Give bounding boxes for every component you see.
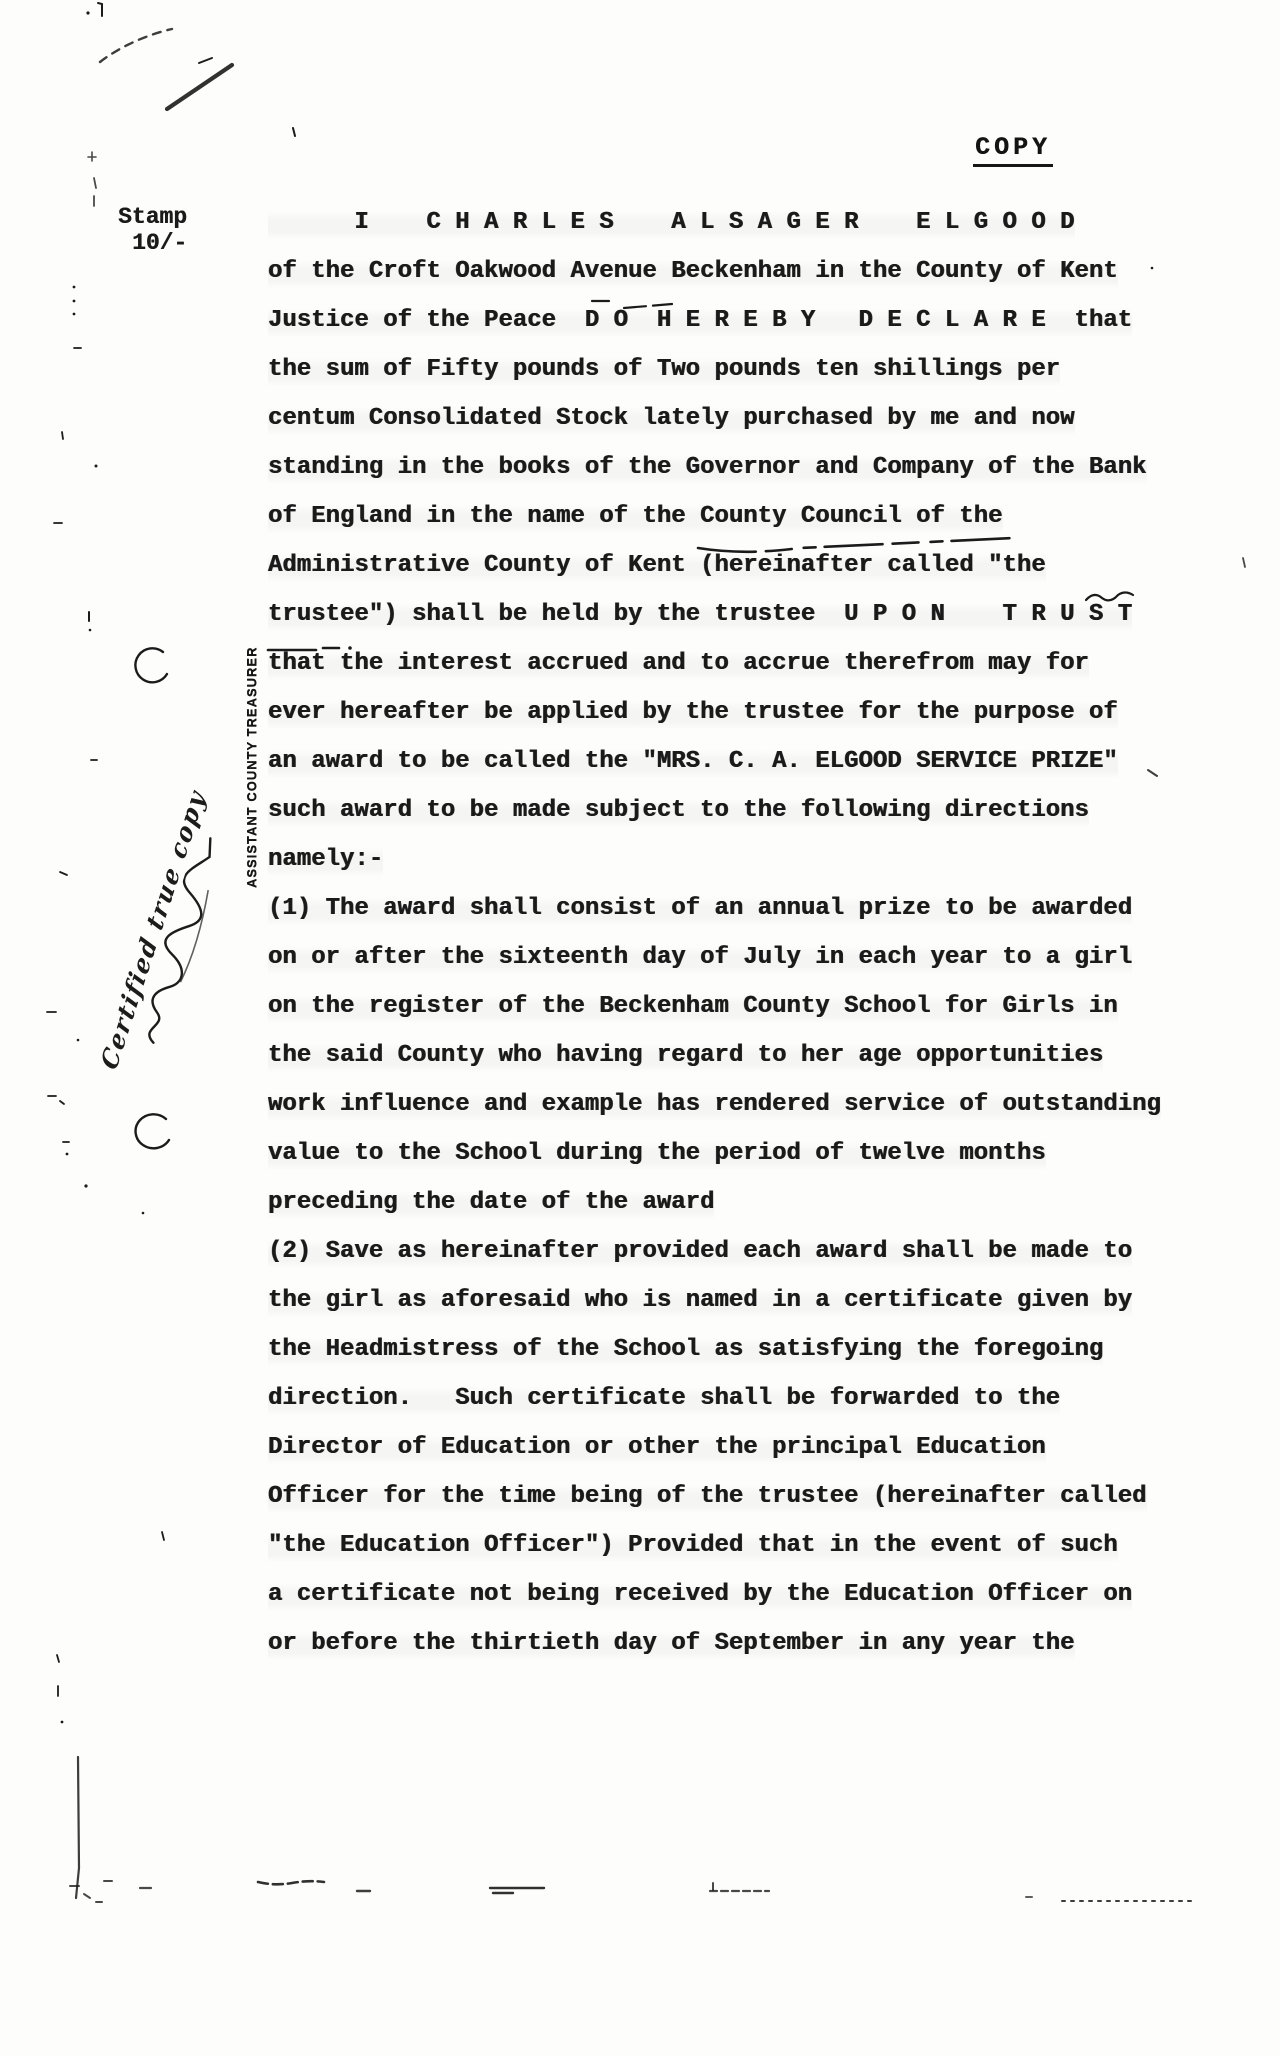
pen-circle-1 bbox=[135, 648, 167, 682]
document-line: trustee") shall be held by the trustee U… bbox=[268, 590, 1132, 639]
document-line: work influence and example has rendered … bbox=[268, 1080, 1161, 1129]
document-line: namely:- bbox=[268, 835, 383, 884]
document-line: Justice of the Peace D O H E R E B Y D E… bbox=[268, 296, 1132, 345]
document-body: I C H A R L E S A L S A G E R E L G O O … bbox=[268, 198, 1161, 1668]
document-line: value to the School during the period of… bbox=[268, 1129, 1046, 1178]
document-line: I C H A R L E S A L S A G E R E L G O O … bbox=[268, 198, 1075, 247]
document-line: "the Education Officer") Provided that i… bbox=[268, 1521, 1118, 1570]
scanned-document-page: COPY Stamp 10/- I C H A R L E S A L S A … bbox=[0, 0, 1280, 2056]
stamp-duty-value: 10/- bbox=[132, 230, 187, 256]
document-line: preceding the date of the award bbox=[268, 1178, 714, 1227]
document-line: direction. Such certificate shall be for… bbox=[268, 1374, 1060, 1423]
document-line: the said County who having regard to her… bbox=[268, 1031, 1103, 1080]
pencil-curve bbox=[100, 29, 172, 62]
document-line: that the interest accrued and to accrue … bbox=[268, 639, 1089, 688]
document-line: a certificate not being received by the … bbox=[268, 1570, 1132, 1619]
document-line: Administrative County of Kent (hereinaft… bbox=[268, 541, 1046, 590]
document-line: the sum of Fifty pounds of Two pounds te… bbox=[268, 345, 1060, 394]
document-line: the Headmistress of the School as satisf… bbox=[268, 1325, 1103, 1374]
document-line: (2) Save as hereinafter provided each aw… bbox=[268, 1227, 1132, 1276]
document-line: an award to be called the "MRS. C. A. EL… bbox=[268, 737, 1118, 786]
bottom-streak bbox=[76, 1757, 79, 1898]
copy-heading: COPY bbox=[973, 133, 1053, 167]
document-line: on the register of the Beckenham County … bbox=[268, 982, 1118, 1031]
document-line: Director of Education or other the princ… bbox=[268, 1423, 1046, 1472]
document-line: centum Consolidated Stock lately purchas… bbox=[268, 394, 1075, 443]
signature-scribble bbox=[131, 811, 238, 1050]
stamp-duty-note: Stamp 10/- bbox=[118, 204, 187, 256]
document-line: of England in the name of the County Cou… bbox=[268, 492, 1003, 541]
stamp-duty-label: Stamp bbox=[118, 204, 187, 230]
document-line: ever hereafter be applied by the trustee… bbox=[268, 688, 1118, 737]
document-line: standing in the books of the Governor an… bbox=[268, 443, 1147, 492]
document-line: Officer for the time being of the truste… bbox=[268, 1472, 1147, 1521]
pencil-slash bbox=[167, 65, 232, 109]
assistant-county-treasurer-stamp: ASSISTANT COUNTY TREASURER bbox=[244, 598, 264, 888]
document-line: or before the thirtieth day of September… bbox=[268, 1619, 1075, 1668]
document-line: on or after the sixteenth day of July in… bbox=[268, 933, 1132, 982]
document-line: of the Croft Oakwood Avenue Beckenham in… bbox=[268, 247, 1118, 296]
pen-circle-2 bbox=[136, 1114, 169, 1148]
document-line: the girl as aforesaid who is named in a … bbox=[268, 1276, 1132, 1325]
document-line: such award to be made subject to the fol… bbox=[268, 786, 1089, 835]
document-line: (1) The award shall consist of an annual… bbox=[268, 884, 1132, 933]
